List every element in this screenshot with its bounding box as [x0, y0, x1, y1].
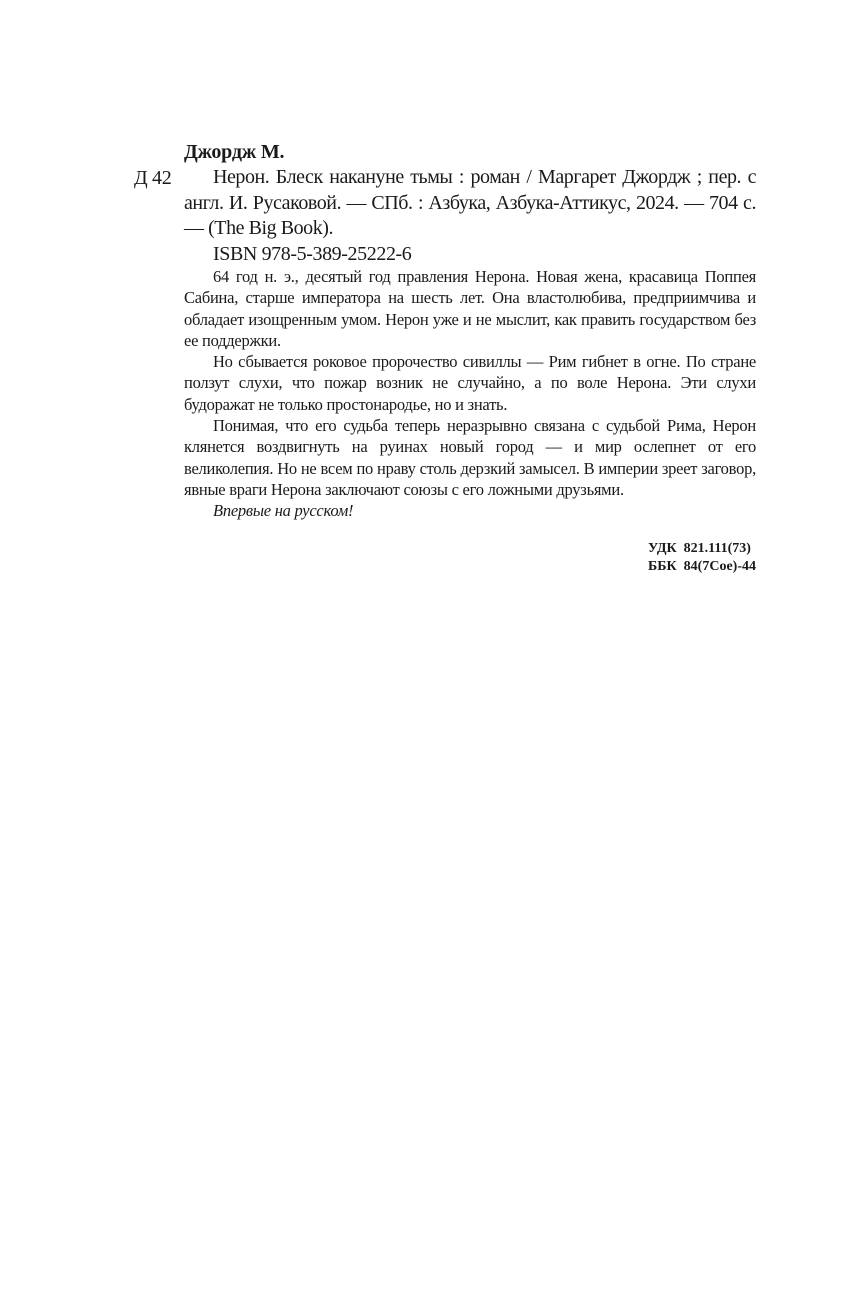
shelf-mark: Д 42	[134, 165, 171, 191]
annotation: 64 год н. э., десятый год правления Неро…	[184, 266, 756, 522]
author-heading: Джордж М.	[184, 139, 284, 165]
udk-code: УДК 821.111(73)	[648, 540, 756, 558]
bibliographic-description: Нерон. Блеск накануне тьмы : роман / Мар…	[184, 165, 756, 242]
annotation-paragraph: Понимая, что его судьба теперь неразрывн…	[184, 415, 756, 500]
catalog-card-page: Джордж М. Д 42 Нерон. Блеск накануне тьм…	[0, 0, 856, 1299]
annotation-paragraph: 64 год н. э., десятый год правления Неро…	[184, 266, 756, 351]
first-edition-note: Впервые на русском!	[184, 500, 756, 521]
bbk-code: ББК 84(7Сое)-44	[648, 558, 756, 576]
annotation-paragraph: Но сбывается роковое пророчество сивиллы…	[184, 351, 756, 415]
isbn: ISBN 978-5-389-25222-6	[213, 241, 411, 267]
classification-codes: УДК 821.111(73) ББК 84(7Сое)-44	[648, 540, 756, 576]
